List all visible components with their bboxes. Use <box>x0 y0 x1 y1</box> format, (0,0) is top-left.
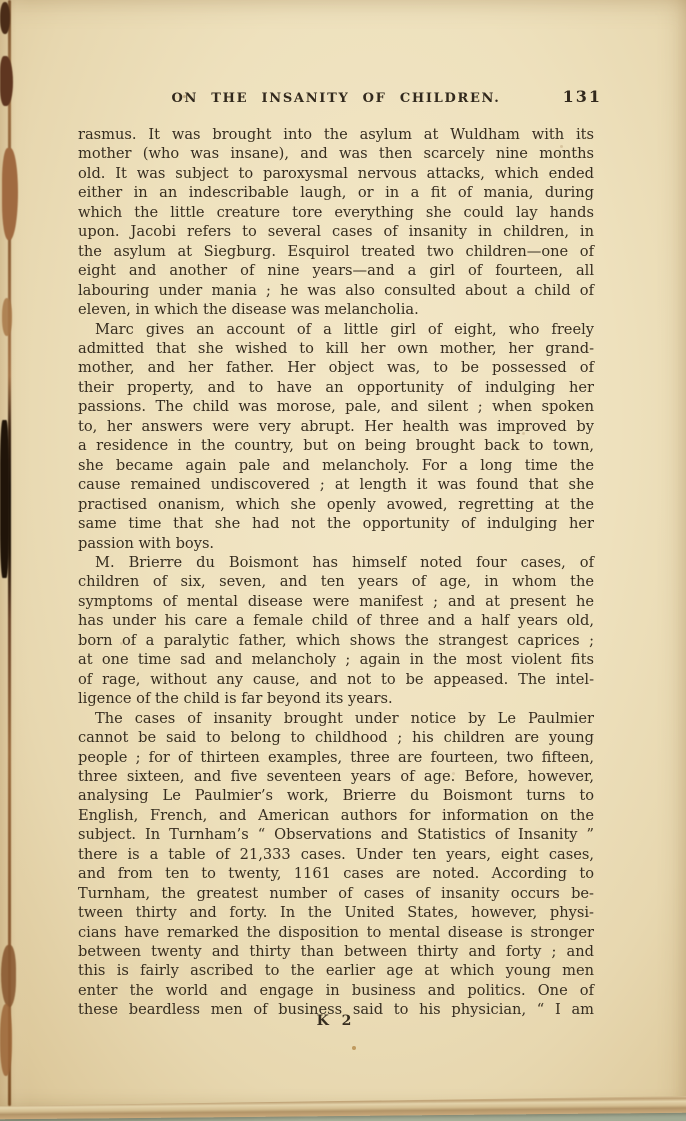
paper-speck <box>120 642 123 645</box>
text-line: English, French, and American authors fo… <box>78 806 594 825</box>
book-page: ON THE INSANITY OF CHILDREN. 131 rasmus.… <box>0 0 686 1107</box>
text-line: practised onanism, which she openly avow… <box>78 495 594 514</box>
text-line: born of a paralytic father, which shows … <box>78 631 594 650</box>
text-line: subject. In Turnham’s “ Observations and… <box>78 825 594 844</box>
text-line: upon. Jacobi refers to several cases of … <box>78 222 594 241</box>
text-line: Turnham, the greatest number of cases of… <box>78 884 594 903</box>
text-line: mother, and her father. Her object was, … <box>78 358 594 377</box>
text-line: labouring under mania ; he was also cons… <box>78 281 594 300</box>
text-line: mother (who was insane), and was then sc… <box>78 144 594 163</box>
text-line: cause remained undiscovered ; at length … <box>78 475 594 494</box>
signature-mark: K 2 <box>78 1013 594 1029</box>
text-line: at one time sad and melancholy ; again i… <box>78 650 594 669</box>
paper-speck <box>560 145 563 148</box>
text-line: enter the world and engage in business a… <box>78 981 594 1000</box>
text-line: same time that she had not the opportuni… <box>78 514 594 533</box>
text-line: rasmus. It was brought into the asylum a… <box>78 125 594 144</box>
scanned-book-page: ON THE INSANITY OF CHILDREN. 131 rasmus.… <box>0 0 686 1121</box>
text-line: The cases of insanity brought under noti… <box>78 709 594 728</box>
text-line: cannot be said to belong to childhood ; … <box>78 728 594 747</box>
text-line: old. It was subject to paroxysmal nervou… <box>78 164 594 183</box>
text-line: between twenty and thirty than between t… <box>78 942 594 961</box>
text-line: to, her answers were very abrupt. Her he… <box>78 417 594 436</box>
text-line: of rage, without any cause, and not to b… <box>78 670 594 689</box>
text-line: eleven, in which the disease was melanch… <box>78 300 594 319</box>
text-line: people ; for of thirteen examples, three… <box>78 748 594 767</box>
text-line: cians have remarked the disposition to m… <box>78 923 594 942</box>
text-line: ligence of the child is far beyond its y… <box>78 689 594 708</box>
text-line: a residence in the country, but on being… <box>78 436 594 455</box>
paper-speck <box>352 1046 356 1050</box>
text-line: the asylum at Siegburg. Esquirol treated… <box>78 242 594 261</box>
text-line: eight and another of nine years—and a gi… <box>78 261 594 280</box>
text-line: passions. The child was morose, pale, an… <box>78 397 594 416</box>
text-line: which the little creature tore everythin… <box>78 203 594 222</box>
paper-speck <box>392 212 395 215</box>
text-line: children of six, seven, and ten years of… <box>78 572 594 591</box>
text-line: symptoms of mental disease were manifest… <box>78 592 594 611</box>
text-line: tween thirty and forty. In the United St… <box>78 903 594 922</box>
text-line: she became again pale and melancholy. Fo… <box>78 456 594 475</box>
text-line: there is a table of 21,333 cases. Under … <box>78 845 594 864</box>
running-header: ON THE INSANITY OF CHILDREN. 131 <box>78 90 594 110</box>
text-line: has under his care a female child of thr… <box>78 611 594 630</box>
text-line: either in an indescribable laugh, or in … <box>78 183 594 202</box>
paper-speck <box>183 95 186 98</box>
text-line: Marc gives an account of a little girl o… <box>78 320 594 339</box>
text-line: their property, and to have an opportuni… <box>78 378 594 397</box>
body-text: rasmus. It was brought into the asylum a… <box>78 125 594 1020</box>
page-number: 131 <box>563 87 602 106</box>
page-title: ON THE INSANITY OF CHILDREN. <box>78 91 594 106</box>
text-line: passion with boys. <box>78 534 594 553</box>
text-line: and from ten to twenty, 1161 cases are n… <box>78 864 594 883</box>
paper-speck <box>452 772 455 775</box>
text-line: analysing Le Paulmier’s work, Brierre du… <box>78 786 594 805</box>
paper-speck <box>522 432 525 435</box>
text-line: this is fairly ascribed to the earlier a… <box>78 961 594 980</box>
text-line: admitted that she wished to kill her own… <box>78 339 594 358</box>
text-line: three sixteen, and five seventeen years … <box>78 767 594 786</box>
text-line: M. Brierre du Boismont has himself noted… <box>78 553 594 572</box>
